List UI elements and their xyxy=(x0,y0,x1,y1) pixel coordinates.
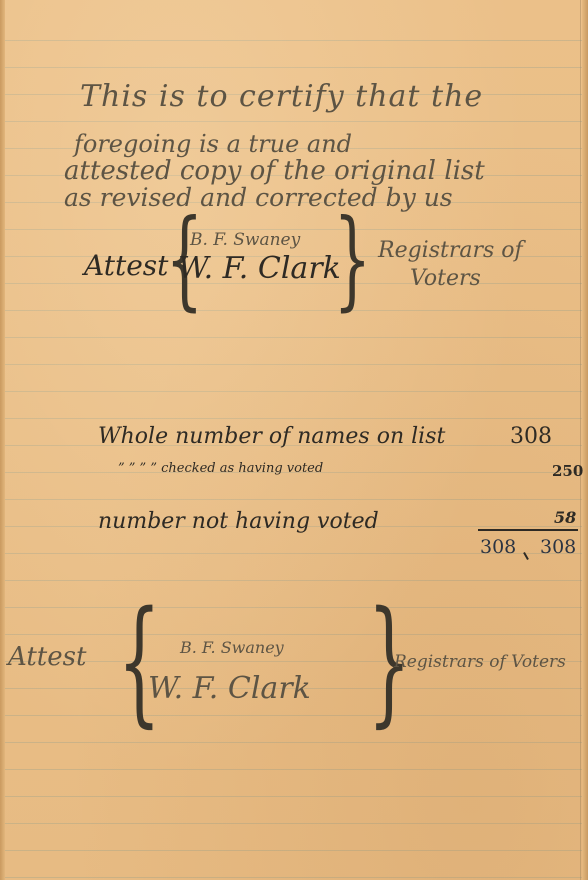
signature-swaney-1: B. F. Swaney xyxy=(190,232,300,249)
tally-total-left: 308 xyxy=(480,538,516,557)
right-brace-1: } xyxy=(333,206,371,314)
tally-value-checked-voted: 250 xyxy=(552,464,583,479)
certification-line-4: as revised and corrected by us xyxy=(64,185,453,210)
tally-value-whole-number: 308 xyxy=(510,426,552,448)
tally-value-not-voted: 58 xyxy=(554,510,576,526)
certification-line-2: foregoing is a true and xyxy=(74,132,352,156)
tally-label-whole-number: Whole number of names on list xyxy=(98,426,445,448)
page-left-edge xyxy=(0,0,5,880)
certification-line-3: attested copy of the original list xyxy=(64,158,485,184)
signature-swaney-2: B. F. Swaney xyxy=(180,640,284,656)
registrars-title-line-2: Voters xyxy=(410,268,481,290)
signature-clark-2: W. F. Clark xyxy=(148,674,311,704)
registrars-title-line-1: Registrars of xyxy=(378,240,523,262)
certification-line-1: This is to certify that the xyxy=(80,82,483,112)
tally-total-right: 308 xyxy=(540,538,576,557)
tally-sum-rule xyxy=(478,529,578,531)
left-brace-2: { xyxy=(118,594,161,730)
tally-label-checked-voted: ” ” ” ” checked as having voted xyxy=(118,462,323,475)
signature-clark-1: W. F. Clark xyxy=(178,254,341,284)
tally-label-not-voted: number not having voted xyxy=(98,511,379,533)
attest-label-1: Attest xyxy=(84,252,168,280)
ledger-page: This is to certify that the foregoing is… xyxy=(0,0,588,880)
page-right-margin-rule xyxy=(580,0,581,880)
registrars-title-2: Registrars of Voters xyxy=(394,654,566,671)
page-right-edge xyxy=(582,0,588,880)
tally-total-separator xyxy=(523,552,529,560)
attest-label-2: Attest xyxy=(8,644,86,670)
